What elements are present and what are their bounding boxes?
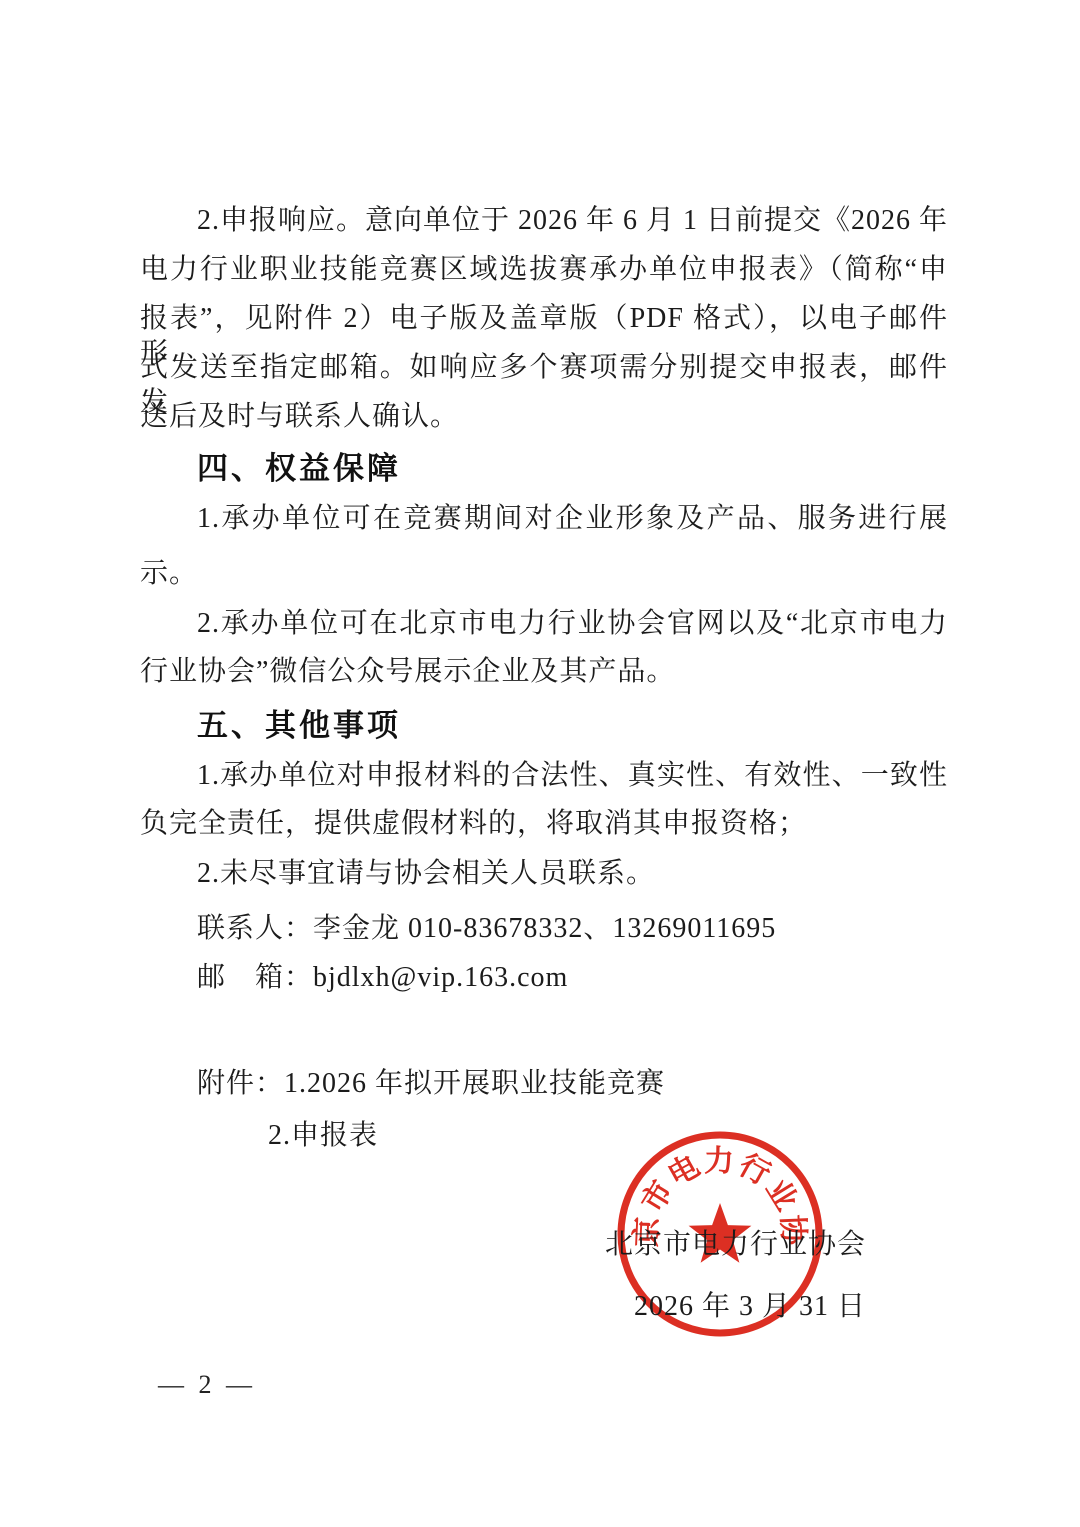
document-line: 附件：1.2026 年拟开展职业技能竞赛	[140, 1066, 948, 1101]
section-heading: 四、权益保障	[140, 450, 948, 489]
document-line: 2.未尽事宜请与协会相关人员联系。	[140, 856, 948, 891]
document-line: 1.承办单位可在竞赛期间对企业形象及产品、服务进行展	[140, 501, 948, 536]
document-line: 行业协会”微信公众号展示企业及其产品。	[140, 654, 948, 689]
document-page: 2.申报响应。意向单位于 2026 年 6 月 1 日前提交《2026 年电力行…	[0, 0, 1080, 1527]
page-number: — 2 —	[158, 1370, 256, 1400]
section-heading: 五、其他事项	[140, 707, 948, 746]
document-line: 送后及时与联系人确认。	[140, 399, 948, 434]
document-line: 1.承办单位对申报材料的合法性、真实性、有效性、一致性	[140, 758, 948, 793]
document-line: 示。	[140, 556, 948, 591]
document-line: 2.申报表	[268, 1118, 378, 1153]
document-line: 联系人：李金龙 010-83678332、13269011695	[140, 911, 948, 946]
document-line: 2.申报响应。意向单位于 2026 年 6 月 1 日前提交《2026 年	[140, 203, 948, 238]
document-line: 2.承办单位可在北京市电力行业协会官网以及“北京市电力	[140, 606, 948, 641]
document-line: 负完全责任，提供虚假材料的，将取消其申报资格；	[140, 806, 948, 841]
signature-org: 北京市电力行业协会	[605, 1222, 866, 1262]
document-line: 电力行业职业技能竞赛区域选拔赛承办单位申报表》（简称“申	[140, 252, 948, 287]
signature-date: 2026 年 3 月 31 日	[634, 1284, 866, 1324]
document-line: 邮 箱：bjdlxh@vip.163.com	[140, 960, 948, 995]
